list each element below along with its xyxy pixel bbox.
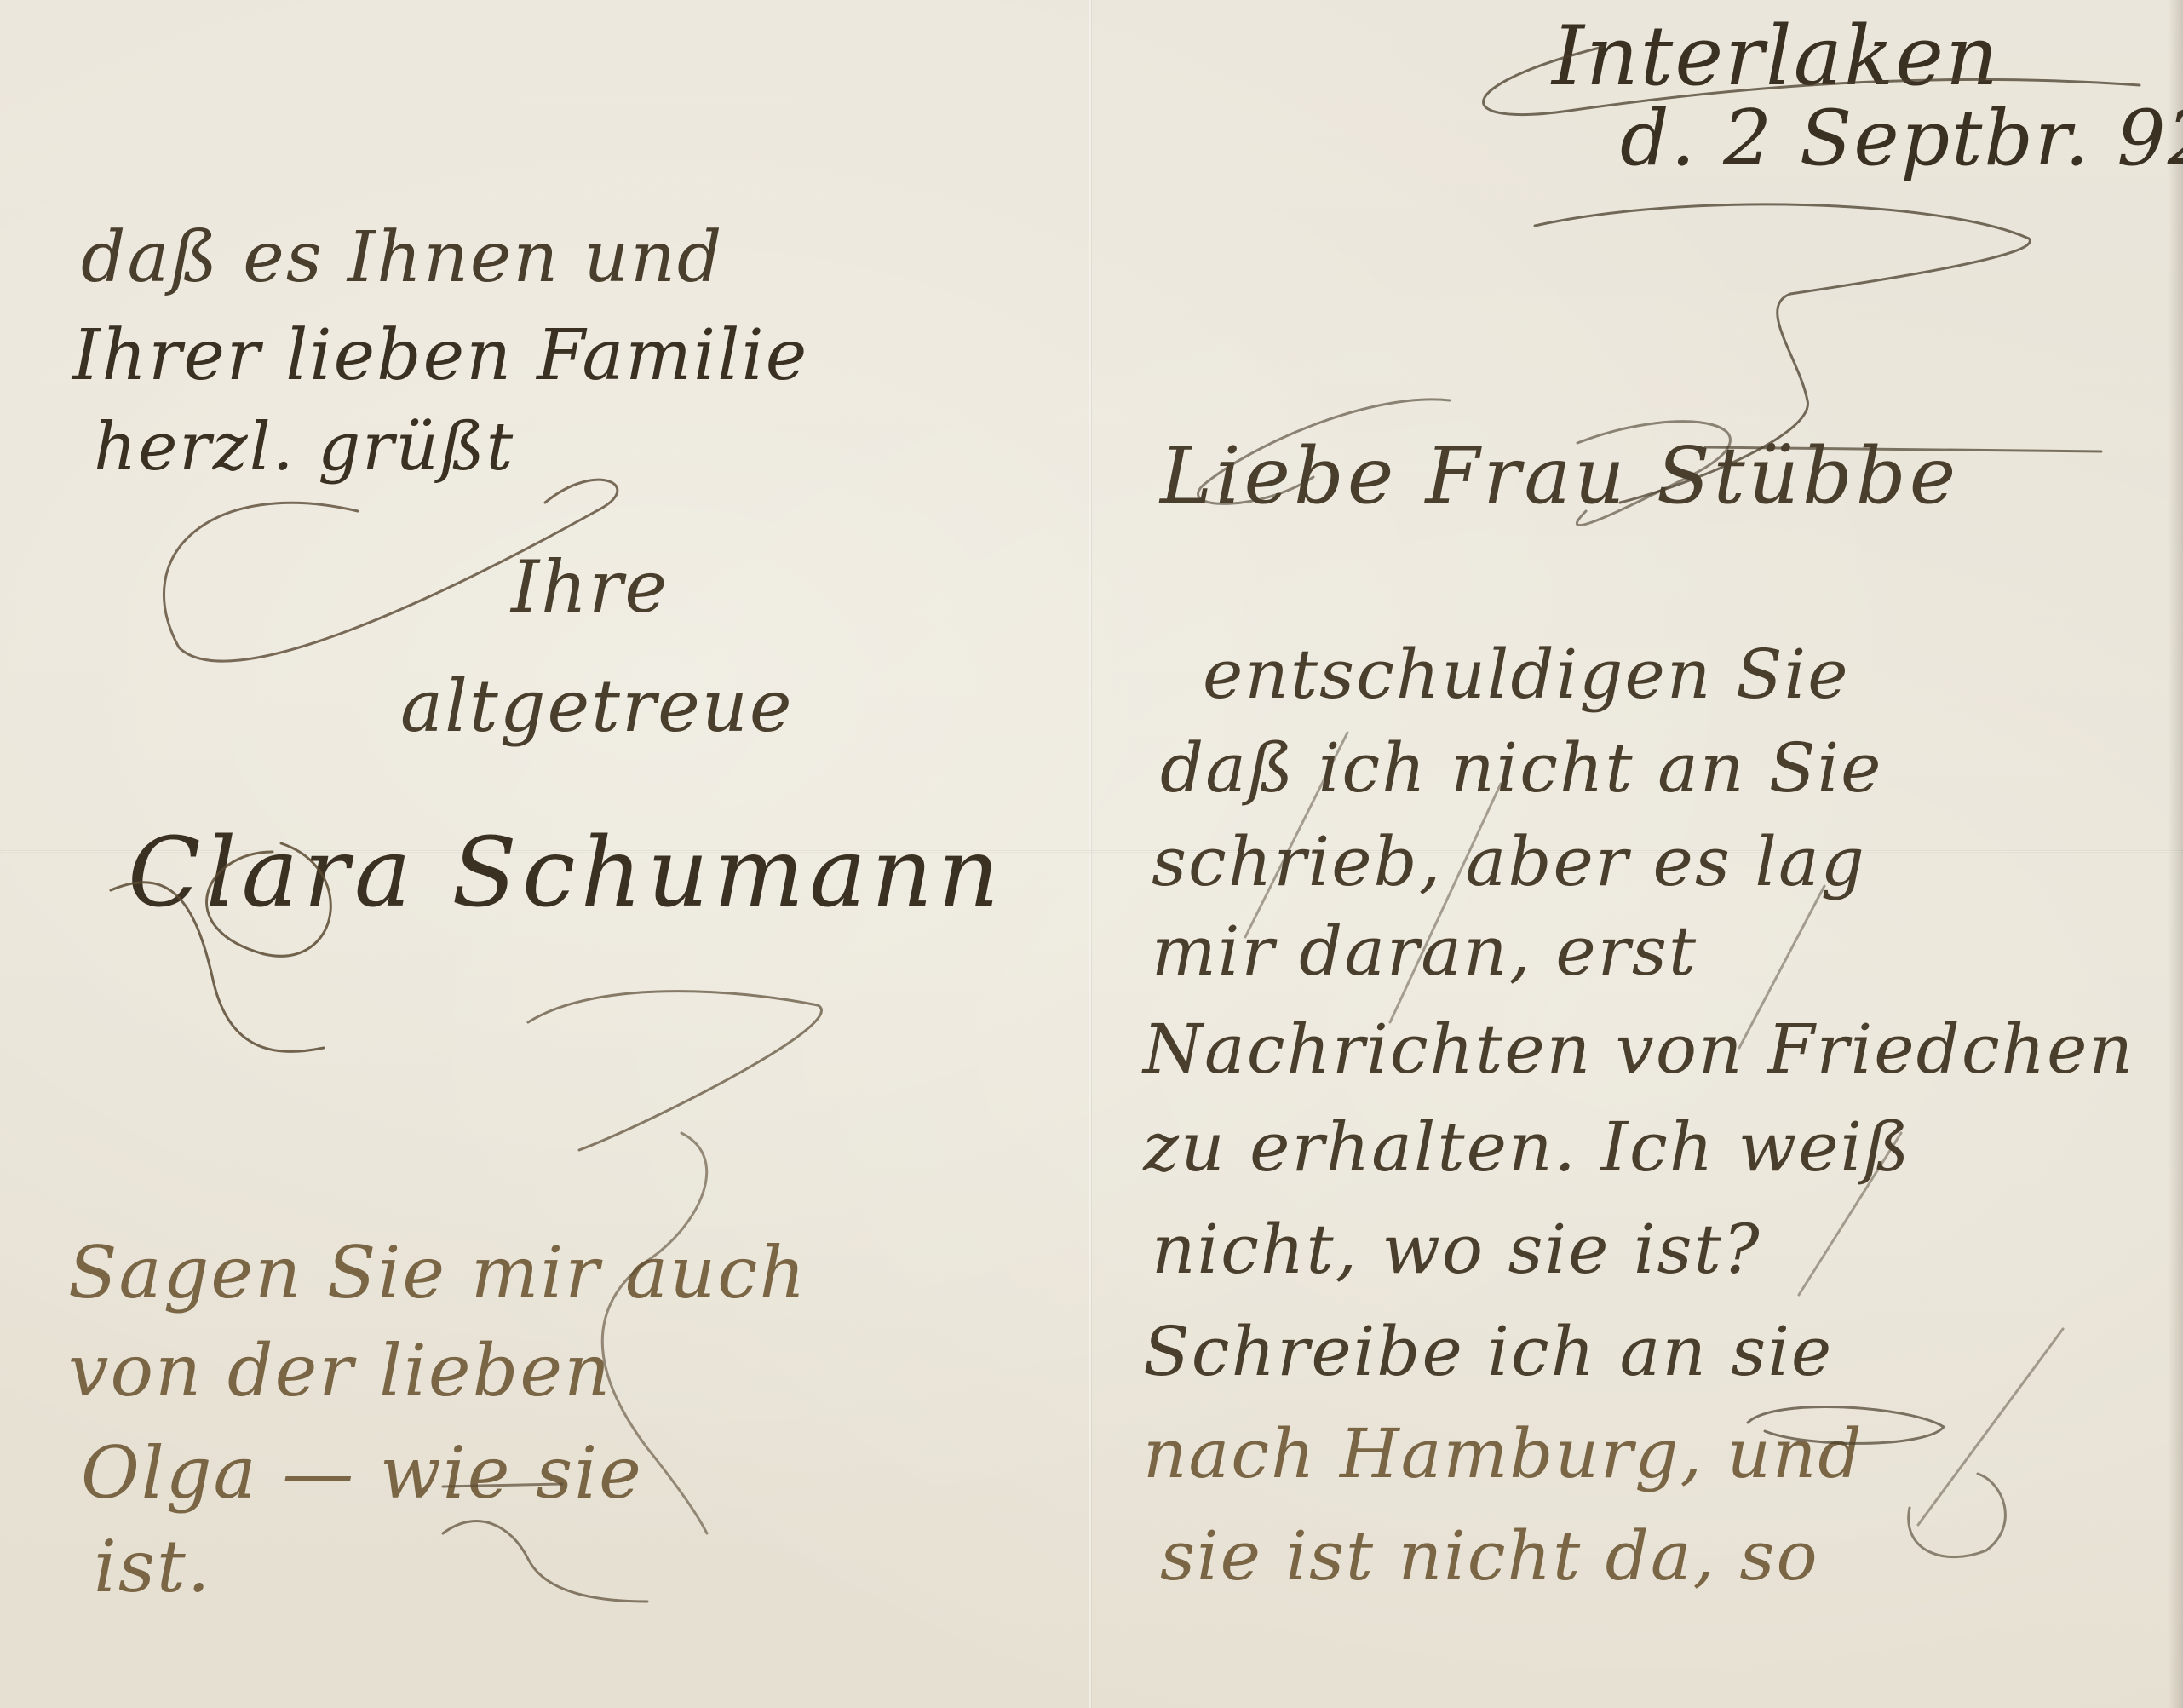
right-body-line-1: entschuldigen Sie [1203, 635, 1850, 714]
left-page: daß es Ihnen und Ihrer lieben Familie he… [0, 0, 1089, 1708]
right-body-line-4: mir daran, erst [1152, 912, 1698, 991]
closing-line-1: Ihre [511, 545, 669, 629]
right-body-line-9: nach Hamburg, und [1143, 1414, 1864, 1493]
letter-place: Interlaken [1552, 9, 2000, 104]
closing-line-2: altgetreue [400, 664, 794, 748]
postscript-line-1: Sagen Sie mir auch [68, 1231, 807, 1314]
letter-sheet: daß es Ihnen und Ihrer lieben Familie he… [0, 0, 2183, 1708]
postscript-line-2: von der lieben [68, 1329, 612, 1412]
right-body-line-10: sie ist nicht da, so [1160, 1516, 1819, 1596]
left-body-line-2: Ihrer lieben Familie [72, 315, 808, 396]
signature: Clara Schumann [128, 818, 1004, 929]
left-body-line-1: daß es Ihnen und [81, 217, 723, 298]
right-body-line-5: Nachrichten von Friedchen [1143, 1009, 2134, 1089]
salutation: Liebe Frau Stübbe [1160, 430, 1959, 521]
right-body-line-6: zu erhalten. Ich weiß [1143, 1107, 1911, 1187]
postscript-line-4: ist. [94, 1525, 211, 1608]
left-body-line-3: herzl. grüßt [94, 409, 514, 486]
right-body-line-8: Schreibe ich an sie [1143, 1312, 1833, 1391]
right-page: Interlaken d. 2 Septbr. 92 Liebe Frau St… [1092, 0, 2183, 1708]
right-body-line-7: nicht, wo sie ist? [1152, 1210, 1761, 1289]
letter-date: d. 2 Septbr. 92 [1620, 94, 2183, 183]
right-body-line-3: schrieb, aber es lag [1152, 822, 1866, 901]
postscript-line-3: Olga — wie sie [81, 1431, 643, 1515]
right-body-line-2: daß ich nicht an Sie [1160, 728, 1883, 808]
